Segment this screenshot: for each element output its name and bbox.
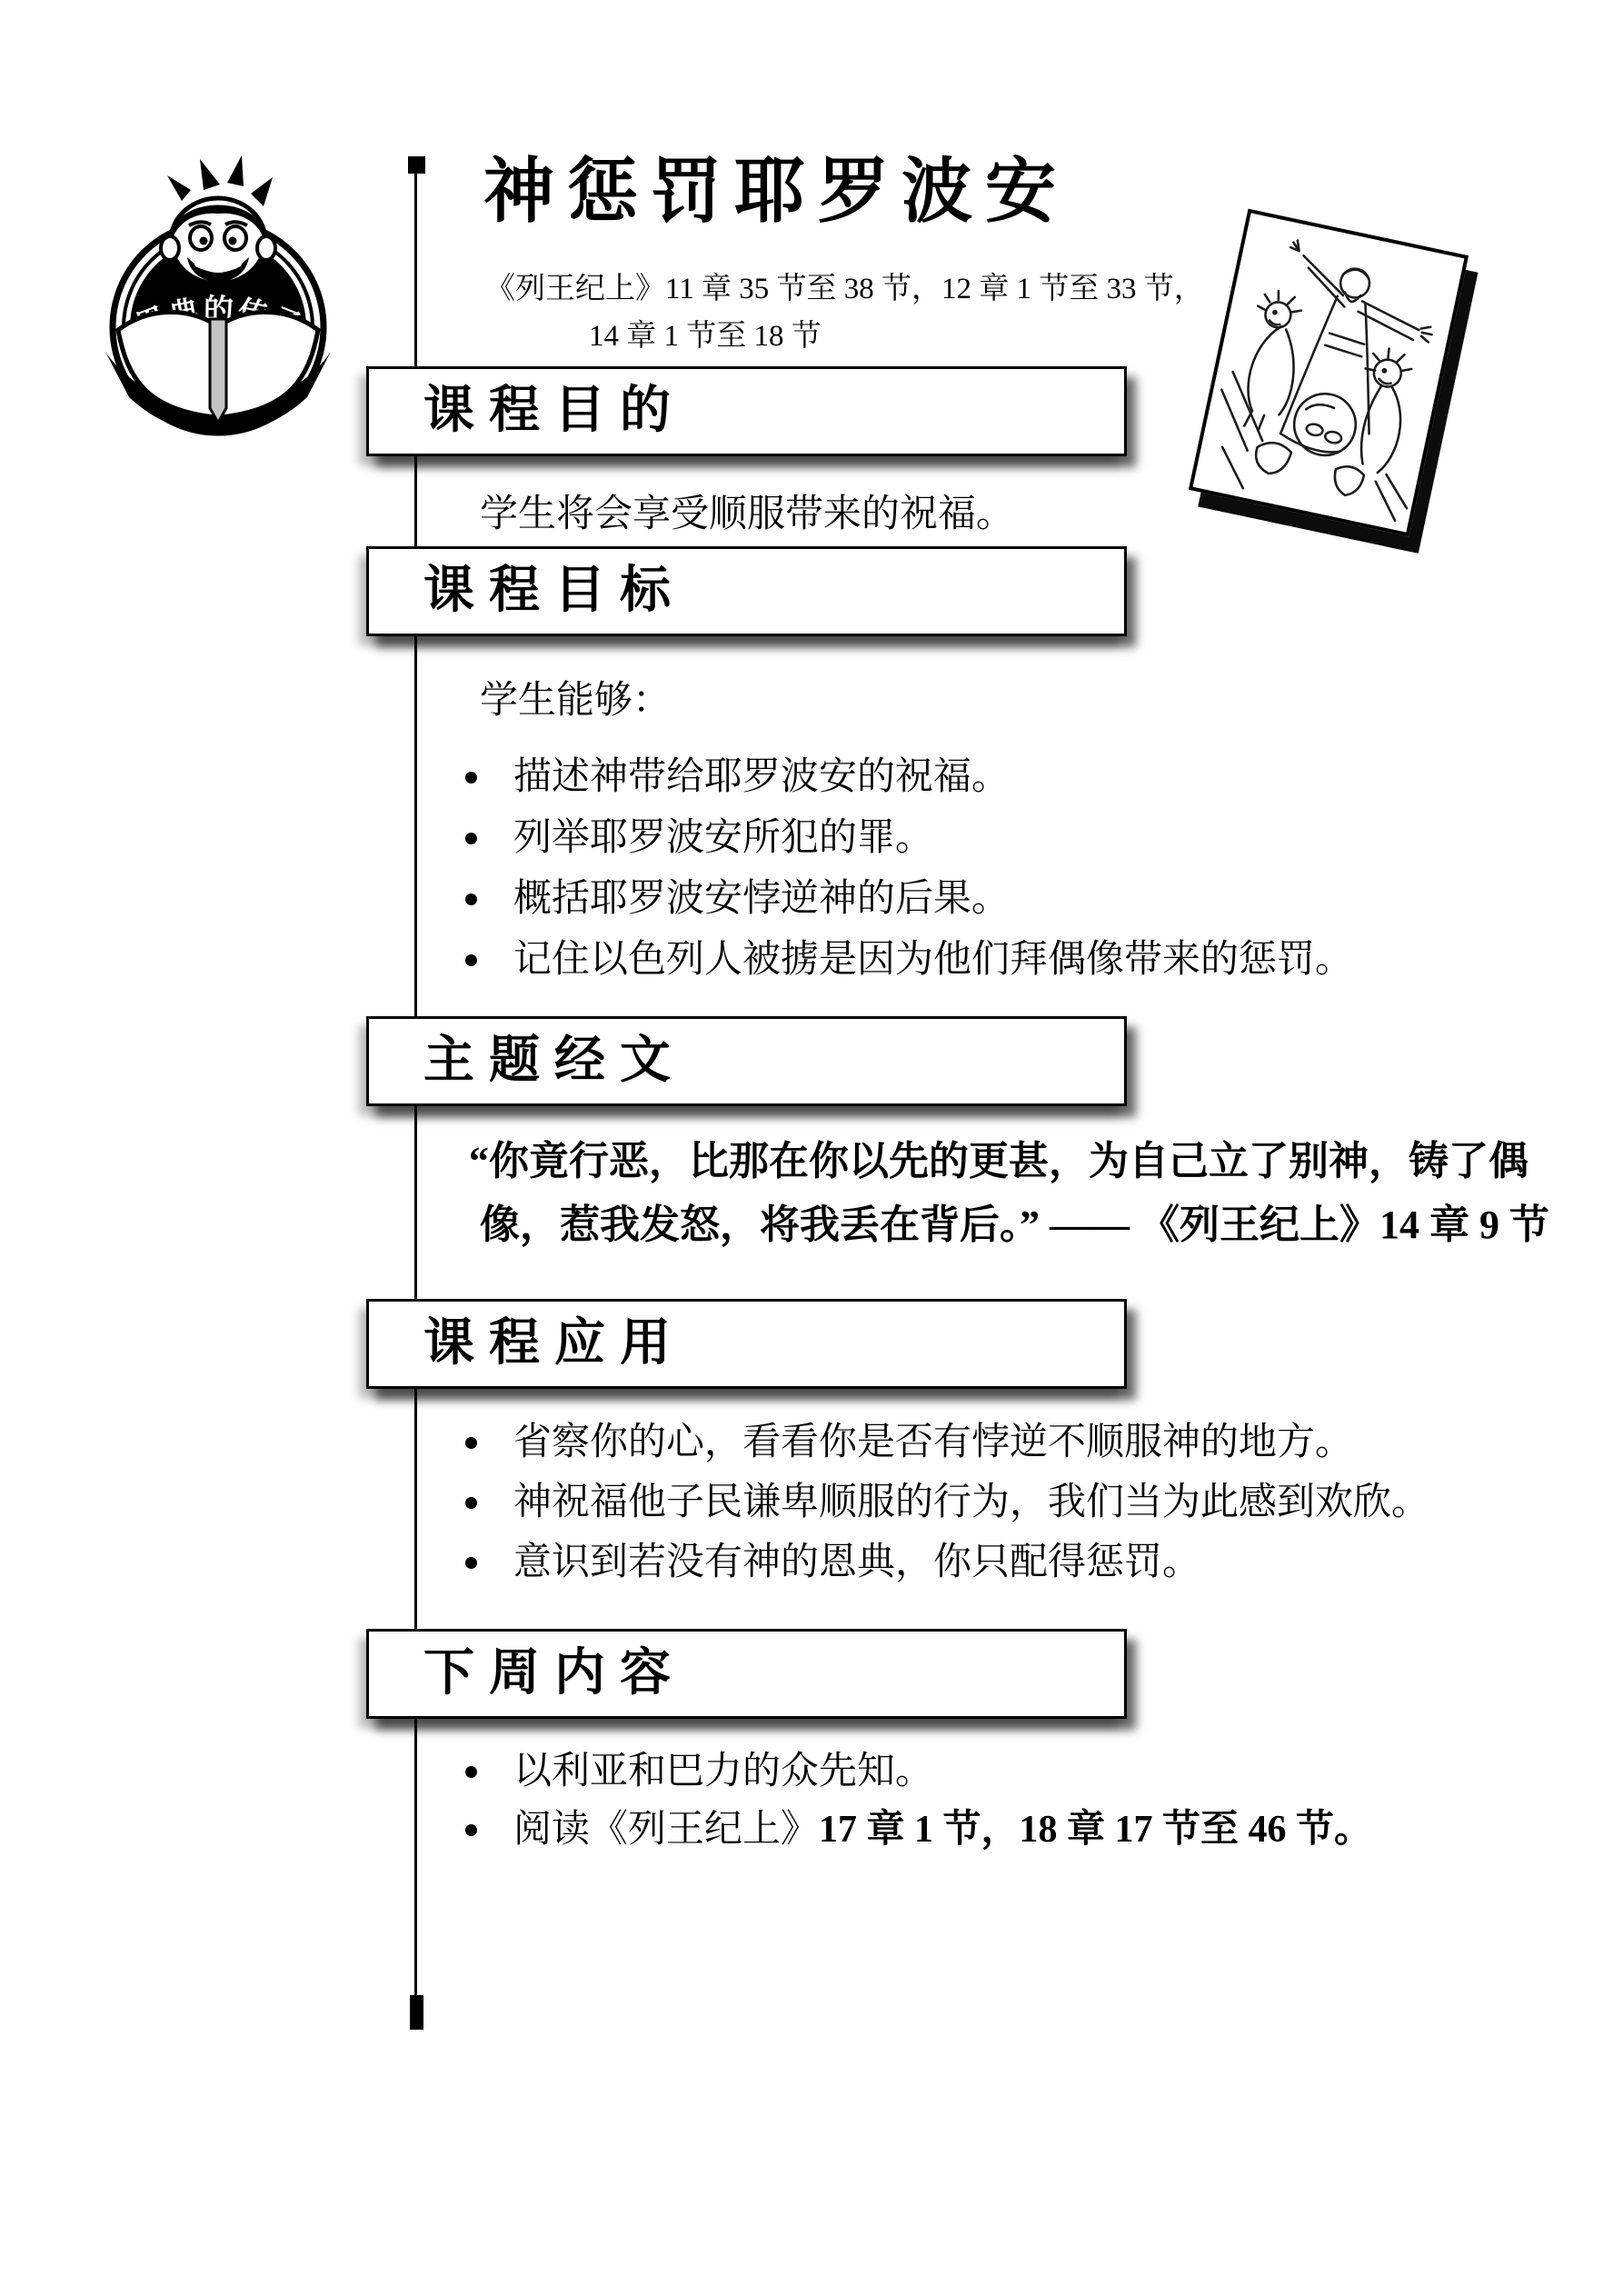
application-item: 意识到若没有神的恩典，你只配得惩罚。 [465, 1543, 1200, 1582]
bullet-dot-icon [465, 893, 477, 905]
objective-item: 概括耶罗波安悖逆神的后果。 [465, 880, 1010, 918]
bullet-dot-icon [465, 1557, 477, 1569]
section-header-objectives: 课程目标 [366, 546, 1127, 636]
section-header-application-label: 课程应用 [423, 1318, 685, 1369]
next-week-reading-prefix: 阅读《列王纪上》 [513, 1809, 819, 1851]
scripture-quote-line-1: “你竟行恶，比那在你以先的更甚，为自己立了别神，铸了偶 [469, 1142, 1528, 1182]
objectives-lead: 学生能够： [480, 682, 671, 720]
bullet-dot-icon [465, 833, 477, 844]
cartoon-boy-face [161, 155, 275, 284]
jeroboam-golden-calves-drawing [1193, 213, 1465, 532]
illustration-frame [1189, 209, 1469, 537]
application-item-text: 省察你的心，看看你是否有悖逆不顺服神的地方。 [513, 1423, 1353, 1462]
application-item: 神祝福他子民谦卑顺服的行为，我们当为此感到欢欣。 [465, 1483, 1429, 1522]
section-header-purpose-label: 课程目的 [423, 385, 685, 436]
bullet-dot-icon [465, 1497, 477, 1509]
timeline-bottom-bar [410, 1995, 423, 2030]
ministry-logo: 恩典的传承 [91, 150, 345, 450]
scripture-quote-line-2: 像，惹我发怒，将我丢在背后。” —— 《列王纪上》14 章 9 节 [480, 1205, 1549, 1245]
lesson-page: 恩典的传承 神惩罚耶罗波安 《列王纪上》11 章 35 节至 38 节，12 章… [0, 0, 1623, 2296]
section-header-scripture-label: 主题经文 [423, 1035, 685, 1086]
purpose-paragraph: 学生将会享受顺服带来的祝福。 [480, 495, 1014, 534]
next-week-item-text: 以利亚和巴力的众先知。 [513, 1752, 933, 1791]
next-week-item: 阅读《列王纪上》17 章 1 节，18 章 17 节至 46 节。 [465, 1811, 1372, 1849]
bullet-dot-icon [465, 1824, 477, 1836]
next-week-reading: 阅读《列王纪上》17 章 1 节，18 章 17 节至 46 节。 [513, 1811, 1372, 1849]
section-header-next-week-label: 下周内容 [423, 1648, 685, 1699]
next-week-reading-reference: 17 章 1 节，18 章 17 节至 46 节。 [819, 1809, 1372, 1851]
bullet-dot-icon [465, 1437, 477, 1449]
application-item-text: 神祝福他子民谦卑顺服的行为，我们当为此感到欢欣。 [513, 1483, 1429, 1522]
scripture-reference-line-2: 14 章 1 节至 18 节 [589, 320, 821, 353]
section-header-purpose: 课程目的 [366, 366, 1127, 456]
objective-item: 列举耶罗波安所犯的罪。 [465, 819, 933, 857]
section-header-scripture: 主题经文 [366, 1016, 1127, 1106]
application-item-text: 意识到若没有神的恩典，你只配得惩罚。 [513, 1543, 1200, 1582]
application-item: 省察你的心，看看你是否有悖逆不顺服神的地方。 [465, 1423, 1353, 1462]
objective-item: 记住以色列人被掳是因为他们拜偶像带来的惩罚。 [465, 941, 1353, 979]
page-title: 神惩罚耶罗波安 [483, 156, 1069, 227]
section-header-next-week: 下周内容 [366, 1629, 1127, 1719]
objective-item-text: 描述神带给耶罗波安的祝福。 [513, 758, 1010, 796]
next-week-item: 以利亚和巴力的众先知。 [465, 1752, 933, 1791]
objective-item-text: 记住以色列人被掳是因为他们拜偶像带来的惩罚。 [513, 941, 1353, 979]
objective-item-text: 列举耶罗波安所犯的罪。 [513, 819, 933, 857]
objective-item: 描述神带给耶罗波安的祝福。 [465, 758, 1010, 796]
section-header-application: 课程应用 [366, 1299, 1127, 1389]
grace-heritage-logo-graphic: 恩典的传承 [91, 150, 345, 450]
section-header-objectives-label: 课程目标 [423, 565, 685, 616]
objective-item-text: 概括耶罗波安悖逆神的后果。 [513, 880, 1010, 918]
bullet-dot-icon [465, 954, 477, 966]
bullet-dot-icon [465, 772, 477, 784]
open-book-icon [105, 312, 331, 434]
bullet-dot-icon [465, 1766, 477, 1778]
scripture-reference-line-1: 《列王纪上》11 章 35 节至 38 节，12 章 1 节至 33 节， [485, 273, 1204, 305]
